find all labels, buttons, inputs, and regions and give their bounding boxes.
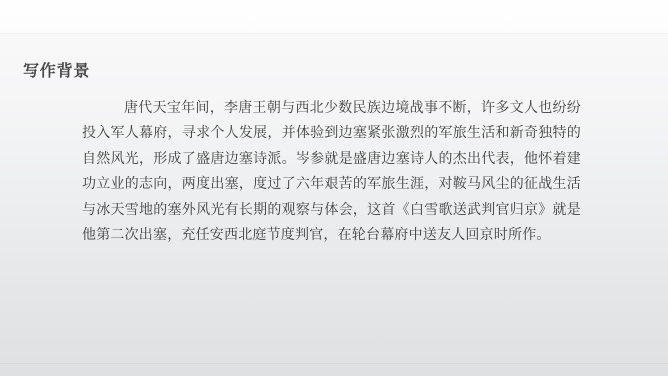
top-texture-seam [0,33,668,34]
bottom-texture-seam [0,363,668,364]
slide-body-paragraph: 唐代天宝年间，李唐王朝与西北少数民族边境战事不断，许多文人也纷纷投入军人幕府，寻… [82,95,581,247]
slide-title: 写作背景 [23,62,90,82]
slide-canvas: 写作背景 唐代天宝年间，李唐王朝与西北少数民族边境战事不断，许多文人也纷纷投入军… [0,0,668,376]
